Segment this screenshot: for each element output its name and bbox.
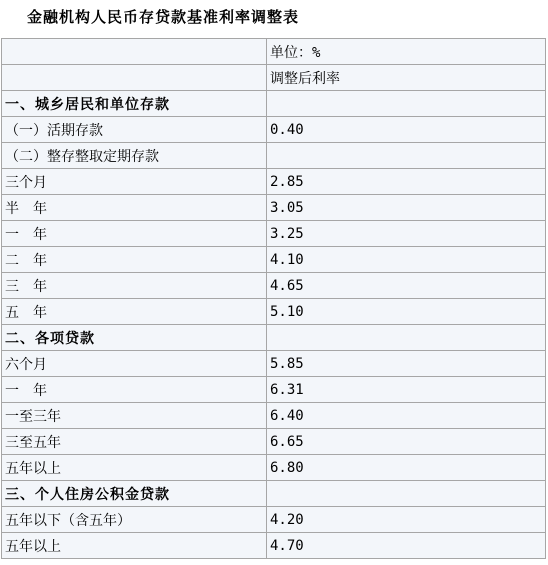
- item-cell: 一 年: [2, 377, 267, 403]
- rate-cell: 3.05: [267, 195, 546, 221]
- item-cell: 五年以上: [2, 533, 267, 559]
- table-row: 三至五年6.65: [2, 429, 546, 455]
- table-row: 三、个人住房公积金贷款: [2, 481, 546, 507]
- page: 金融机构人民币存贷款基准利率调整表 单位：%调整后利率一、城乡居民和单位存款（一…: [0, 9, 548, 559]
- table-row: （一）活期存款0.40: [2, 117, 546, 143]
- item-cell: [2, 39, 267, 65]
- table-row: 二 年4.10: [2, 247, 546, 273]
- rate-cell: 4.10: [267, 247, 546, 273]
- table-row: 一至三年6.40: [2, 403, 546, 429]
- rate-cell: 4.20: [267, 507, 546, 533]
- rate-table-body: 单位：%调整后利率一、城乡居民和单位存款（一）活期存款0.40（二）整存整取定期…: [2, 39, 546, 559]
- page-title: 金融机构人民币存贷款基准利率调整表: [27, 9, 548, 27]
- rate-cell: 4.65: [267, 273, 546, 299]
- table-row: （二）整存整取定期存款: [2, 143, 546, 169]
- item-cell: 二、各项贷款: [2, 325, 267, 351]
- table-row: 三个月2.85: [2, 169, 546, 195]
- item-cell: 五年以上: [2, 455, 267, 481]
- table-row: 一 年6.31: [2, 377, 546, 403]
- table-row: 五年以上4.70: [2, 533, 546, 559]
- item-cell: 一 年: [2, 221, 267, 247]
- table-row: 单位：%: [2, 39, 546, 65]
- item-cell: 二 年: [2, 247, 267, 273]
- table-row: 五年以上6.80: [2, 455, 546, 481]
- item-cell: （一）活期存款: [2, 117, 267, 143]
- item-cell: 三 年: [2, 273, 267, 299]
- rate-cell: 4.70: [267, 533, 546, 559]
- item-cell: [2, 65, 267, 91]
- rate-cell: 调整后利率: [267, 65, 546, 91]
- rate-cell: 5.85: [267, 351, 546, 377]
- rate-cell: 6.40: [267, 403, 546, 429]
- item-cell: 六个月: [2, 351, 267, 377]
- rate-cell: 单位：%: [267, 39, 546, 65]
- rate-cell: 3.25: [267, 221, 546, 247]
- item-cell: 三、个人住房公积金贷款: [2, 481, 267, 507]
- rate-cell: 5.10: [267, 299, 546, 325]
- rate-cell: 6.80: [267, 455, 546, 481]
- item-cell: 半 年: [2, 195, 267, 221]
- table-row: 六个月5.85: [2, 351, 546, 377]
- table-row: 一、城乡居民和单位存款: [2, 91, 546, 117]
- table-row: 二、各项贷款: [2, 325, 546, 351]
- rate-cell: 2.85: [267, 169, 546, 195]
- item-cell: 五 年: [2, 299, 267, 325]
- item-cell: （二）整存整取定期存款: [2, 143, 267, 169]
- table-row: 一 年3.25: [2, 221, 546, 247]
- rate-cell: [267, 143, 546, 169]
- table-row: 五 年5.10: [2, 299, 546, 325]
- rate-table: 单位：%调整后利率一、城乡居民和单位存款（一）活期存款0.40（二）整存整取定期…: [1, 38, 546, 559]
- table-row: 半 年3.05: [2, 195, 546, 221]
- table-row: 三 年4.65: [2, 273, 546, 299]
- table-row: 调整后利率: [2, 65, 546, 91]
- item-cell: 一、城乡居民和单位存款: [2, 91, 267, 117]
- item-cell: 三个月: [2, 169, 267, 195]
- item-cell: 三至五年: [2, 429, 267, 455]
- rate-cell: [267, 325, 546, 351]
- rate-cell: [267, 481, 546, 507]
- table-row: 五年以下（含五年）4.20: [2, 507, 546, 533]
- rate-cell: 6.65: [267, 429, 546, 455]
- item-cell: 五年以下（含五年）: [2, 507, 267, 533]
- item-cell: 一至三年: [2, 403, 267, 429]
- rate-cell: 6.31: [267, 377, 546, 403]
- rate-cell: 0.40: [267, 117, 546, 143]
- rate-cell: [267, 91, 546, 117]
